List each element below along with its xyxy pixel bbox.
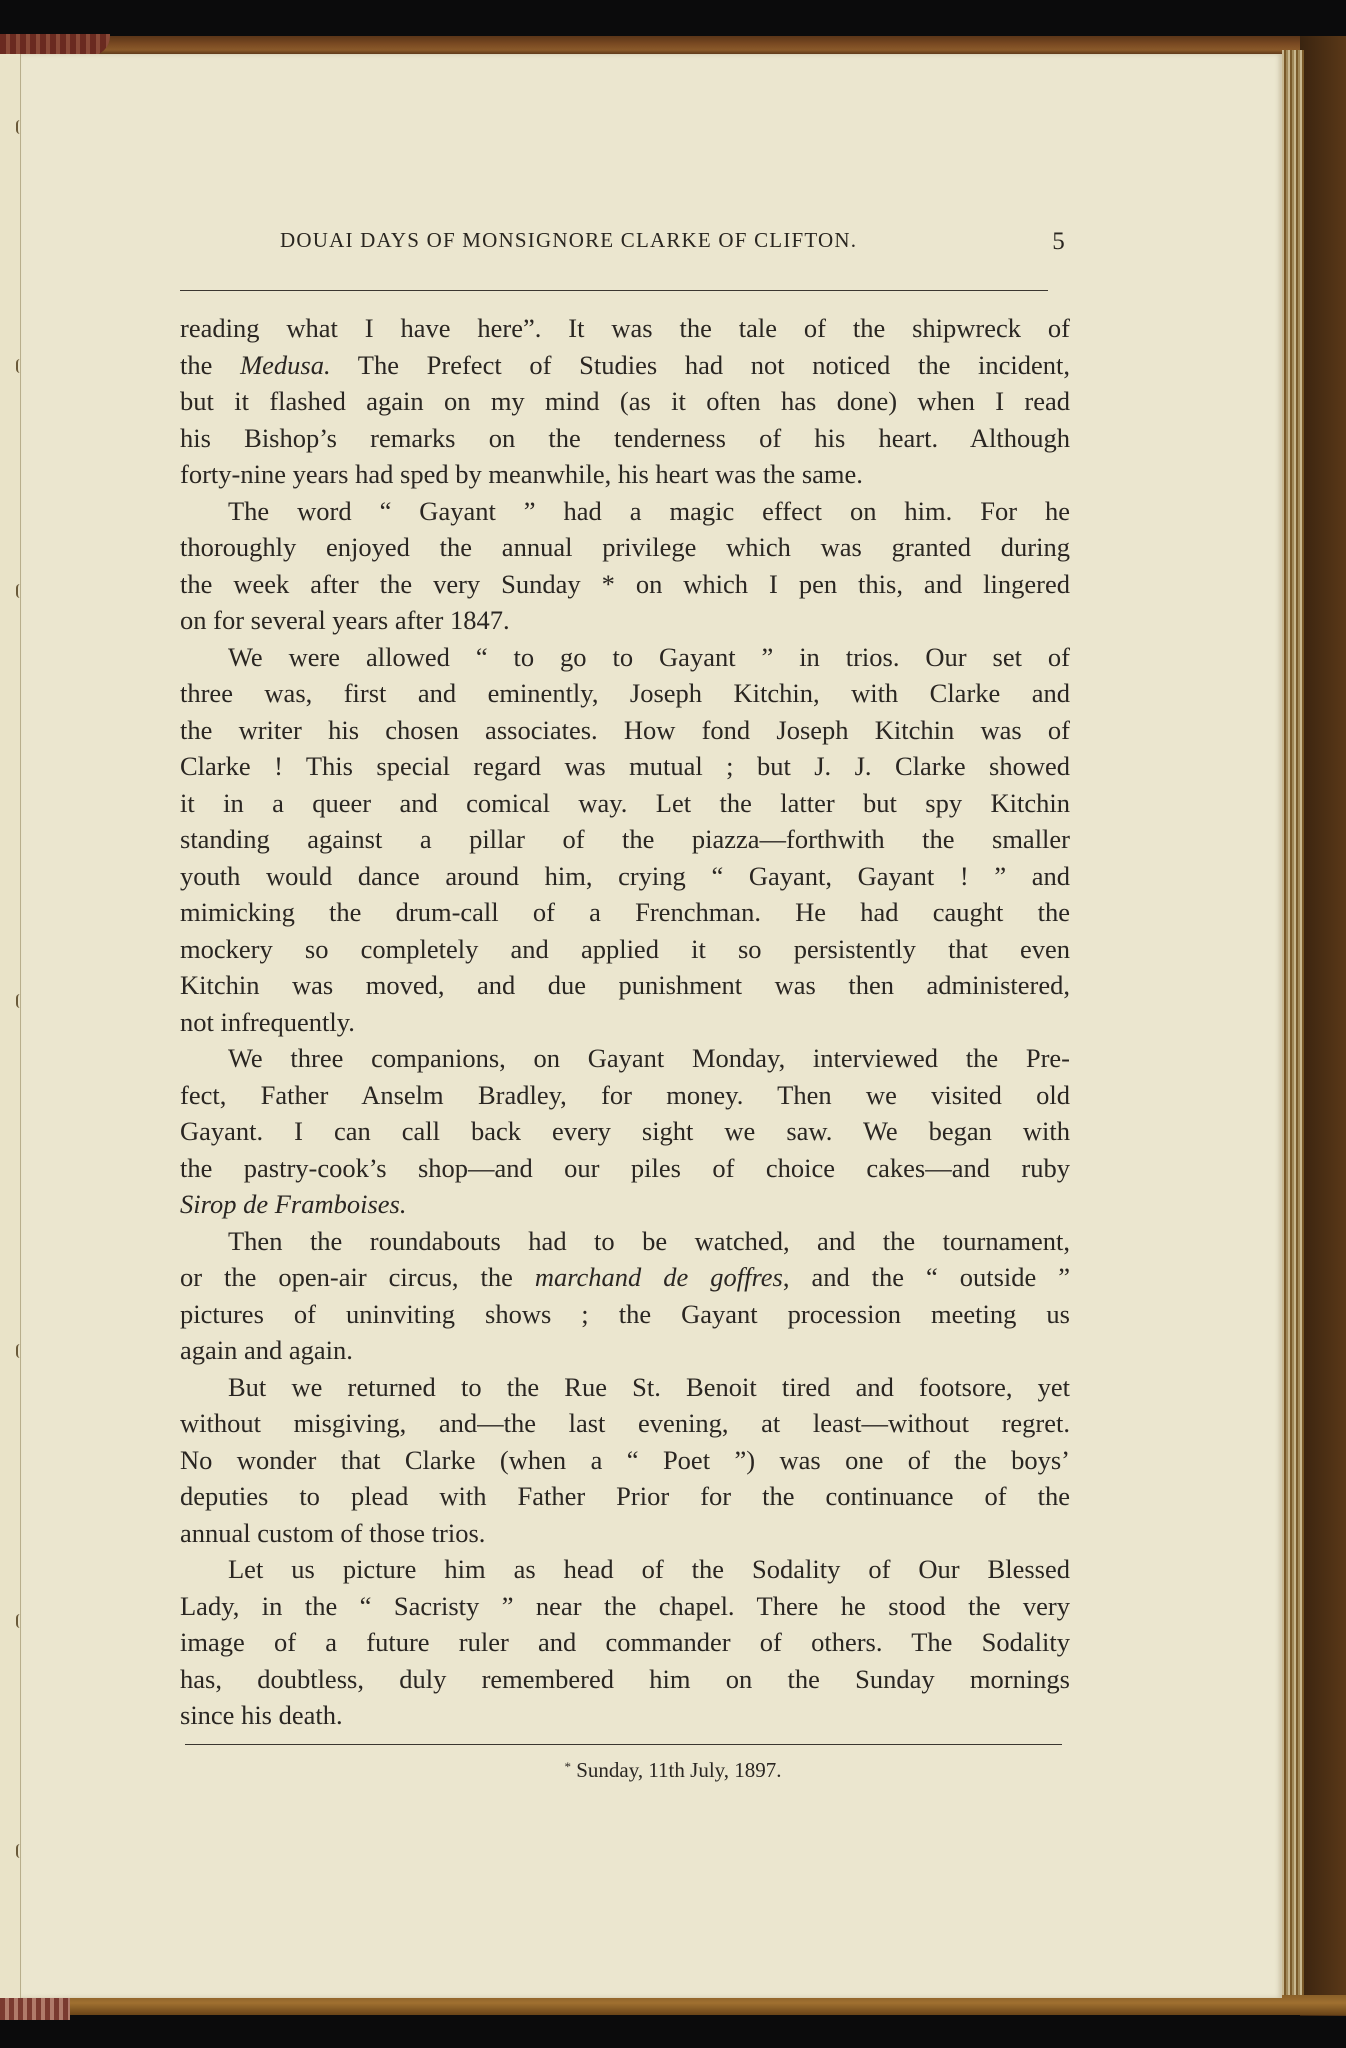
text-line: again and again. <box>180 1332 1070 1369</box>
facing-page-edge <box>0 54 21 1998</box>
text-line: forty-nine years had sped by meanwhile, … <box>180 456 1070 493</box>
footnote-marker: * <box>564 1759 571 1774</box>
book-spine-top-corner <box>0 34 110 56</box>
text-line: three was, first and eminently, Joseph K… <box>180 675 1070 712</box>
text-line: youth would dance around him, crying “ G… <box>180 858 1070 895</box>
paragraph: Let us picture him as head of the Sodali… <box>180 1551 1070 1734</box>
book-cover-top-edge <box>0 36 1346 56</box>
footnote-text: Sunday, 11th July, 1897. <box>576 1758 781 1782</box>
footnote: * Sunday, 11th July, 1897. <box>0 1758 1346 1783</box>
book-cover-bottom-edge <box>0 1995 1346 2015</box>
header-rule <box>180 290 1048 291</box>
body-text: reading what I have here”. It was the ta… <box>180 310 1070 1734</box>
text-line: The word “ Gayant ” had a magic effect o… <box>180 493 1070 530</box>
paragraph: The word “ Gayant ” had a magic effect o… <box>180 493 1070 639</box>
text-line: standing against a pillar of the piazza—… <box>180 821 1070 858</box>
paragraph: reading what I have here”. It was the ta… <box>180 310 1070 493</box>
text-line: reading what I have here”. It was the ta… <box>180 310 1070 347</box>
text-line: the Medusa. The Prefect of Studies had n… <box>180 347 1070 384</box>
text-line: But we returned to the Rue St. Benoit ti… <box>180 1369 1070 1406</box>
text-line: but it flashed again on my mind (as it o… <box>180 383 1070 420</box>
text-line: annual custom of those trios. <box>180 1515 1070 1552</box>
running-header: DOUAI DAYS OF MONSIGNORE CLARKE OF CLIFT… <box>280 228 1070 258</box>
text-line: Gayant. I can call back every sight we s… <box>180 1113 1070 1150</box>
text-line: mimicking the drum-call of a Frenchman. … <box>180 894 1070 931</box>
text-line: it in a queer and comical way. Let the l… <box>180 785 1070 822</box>
text-line: the week after the very Sunday * on whic… <box>180 566 1070 603</box>
text-line: without misgiving, and—the last evening,… <box>180 1405 1070 1442</box>
paragraph: We were allowed “ to go to Gayant ” in t… <box>180 639 1070 1041</box>
paragraph: But we returned to the Rue St. Benoit ti… <box>180 1369 1070 1552</box>
page-block-edges <box>1282 50 1304 2000</box>
text-line: mockery so completely and applied it so … <box>180 931 1070 968</box>
text-line: the writer his chosen associates. How fo… <box>180 712 1070 749</box>
text-line: Lady, in the “ Sacristy ” near the chape… <box>180 1588 1070 1625</box>
text-line: on for several years after 1847. <box>180 602 1070 639</box>
text-line: No wonder that Clarke (when a “ Poet ”) … <box>180 1442 1070 1479</box>
footnote-rule <box>185 1744 1062 1745</box>
text-line: not infrequently. <box>180 1004 1070 1041</box>
text-line: since his death. <box>180 1697 1070 1734</box>
italic-text: Medusa. <box>240 350 331 380</box>
text-line: We three companions, on Gayant Monday, i… <box>180 1040 1070 1077</box>
text-line: Then the roundabouts had to be watched, … <box>180 1223 1070 1260</box>
book-spine-bottom-corner <box>0 1998 70 2020</box>
running-head-title: DOUAI DAYS OF MONSIGNORE CLARKE OF CLIFT… <box>280 228 857 253</box>
text-line: the pastry-cook’s shop—and our piles of … <box>180 1150 1070 1187</box>
text-line: pictures of uninviting shows ; the Gayan… <box>180 1296 1070 1333</box>
text-line: image of a future ruler and commander of… <box>180 1624 1070 1661</box>
text-line: Clarke ! This special regard was mutual … <box>180 748 1070 785</box>
paragraph: Then the roundabouts had to be watched, … <box>180 1223 1070 1369</box>
text-line: Let us picture him as head of the Sodali… <box>180 1551 1070 1588</box>
text-line: fect, Father Anselm Bradley, for money. … <box>180 1077 1070 1114</box>
text-line: has, doubtless, duly remembered him on t… <box>180 1661 1070 1698</box>
text-line: or the open-air circus, the marchand de … <box>180 1259 1070 1296</box>
text-line: Sirop de Framboises. <box>180 1186 1070 1223</box>
text-line: thoroughly enjoyed the annual privilege … <box>180 529 1070 566</box>
book-cover-right-edge <box>1300 36 1346 2016</box>
page-number: 5 <box>1052 228 1066 256</box>
text-line: his Bishop’s remarks on the tenderness o… <box>180 420 1070 457</box>
paragraph: We three companions, on Gayant Monday, i… <box>180 1040 1070 1223</box>
italic-text: Sirop de Framboises. <box>180 1189 406 1219</box>
text-line: Kitchin was moved, and due punishment wa… <box>180 967 1070 1004</box>
text-line: We were allowed “ to go to Gayant ” in t… <box>180 639 1070 676</box>
text-line: deputies to plead with Father Prior for … <box>180 1478 1070 1515</box>
italic-text: marchand de goffres <box>535 1262 783 1292</box>
